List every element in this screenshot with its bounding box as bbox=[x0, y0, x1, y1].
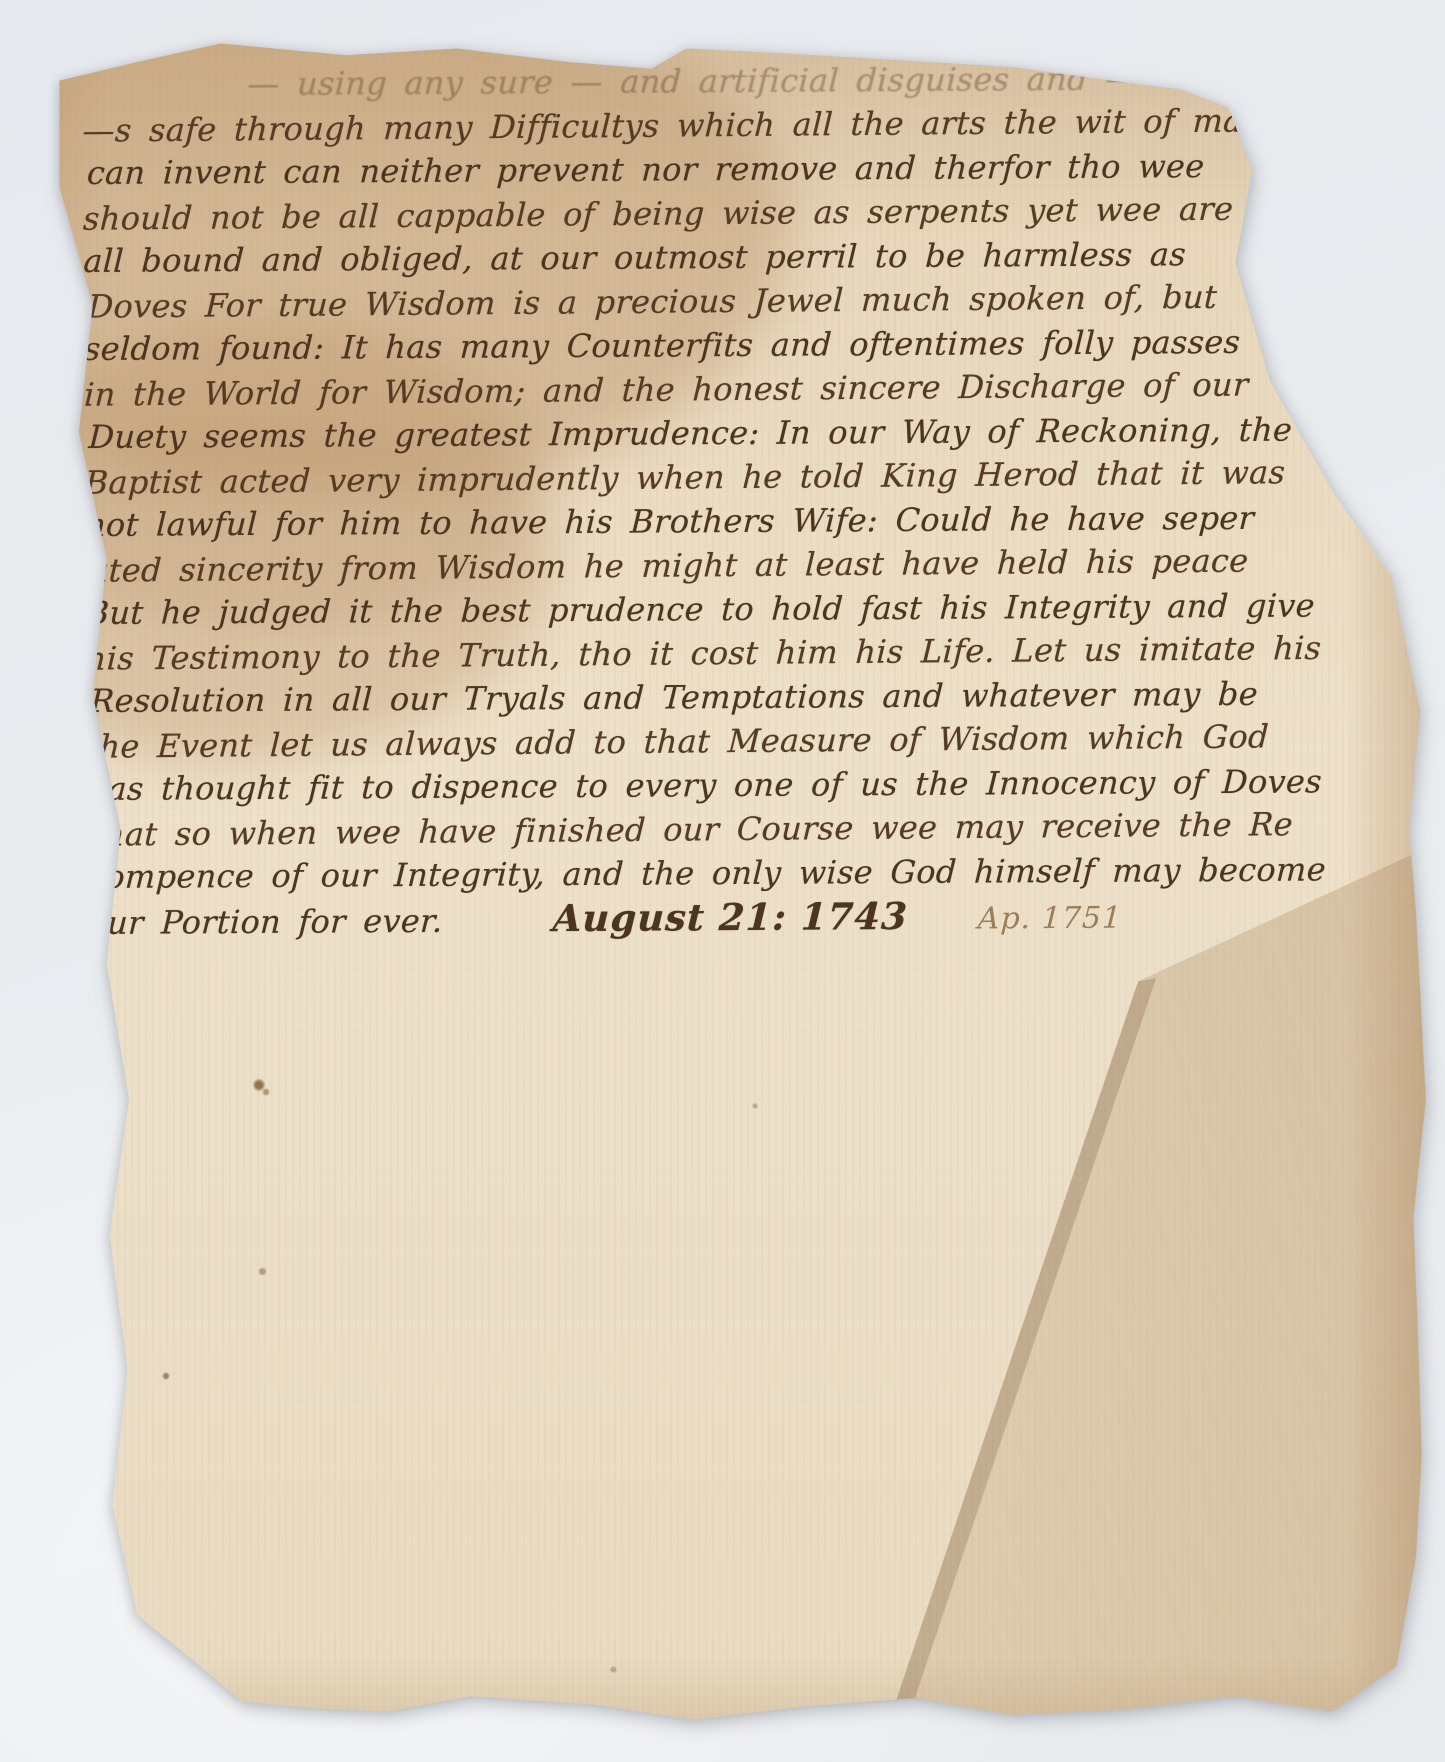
closing-line: our Portion for ever. August 21: 1743 Ap… bbox=[86, 891, 1395, 951]
manuscript-page: — using any sure — and artificial disgui… bbox=[40, 35, 1430, 1725]
paper-spot bbox=[262, 1088, 270, 1096]
closing-text: our Portion for ever. bbox=[87, 899, 444, 945]
paper-spot bbox=[162, 1372, 170, 1380]
manuscript-line: compence of our Integrity, and the only … bbox=[86, 847, 1395, 899]
date-inscription: August 21: 1743 bbox=[552, 894, 909, 940]
paper-shadow-wrap: — using any sure — and artificial disgui… bbox=[0, 0, 1445, 1762]
photo-background: — using any sure — and artificial disgui… bbox=[0, 0, 1445, 1762]
paper-spot bbox=[75, 1083, 85, 1093]
date-annotation: Ap. 1751 bbox=[977, 901, 1123, 937]
paper-spot bbox=[610, 1666, 617, 1673]
manuscript-lines: — using any sure — and artificial disgui… bbox=[82, 55, 1394, 899]
paper-spot bbox=[258, 1267, 267, 1276]
paper-spot bbox=[752, 1103, 758, 1109]
manuscript-text: — using any sure — and artificial disgui… bbox=[82, 55, 1394, 951]
